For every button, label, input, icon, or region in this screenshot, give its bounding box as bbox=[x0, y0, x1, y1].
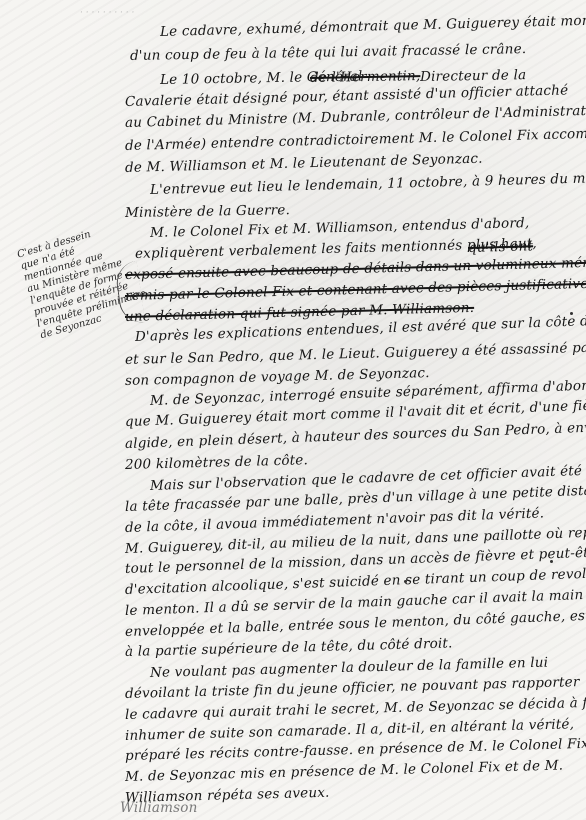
manuscript-line: de M. Williamson et M. le Lieutenant de … bbox=[125, 151, 483, 176]
manuscript-line: d'un coup de feu à la tête qui lui avait… bbox=[130, 41, 527, 64]
ink-speck bbox=[550, 560, 553, 563]
manuscript-line: 200 kilomètres de la côte. bbox=[125, 452, 308, 473]
bleed-through-text: · · · · · · · · · · bbox=[80, 8, 460, 16]
struck-through-line: qu'ils ont bbox=[468, 238, 534, 256]
ink-speck bbox=[404, 580, 407, 583]
manuscript-line: Directeur de la bbox=[420, 67, 527, 85]
manuscript-line: Ministère de la Guerre. bbox=[125, 202, 290, 221]
struck-through-line: de l'Hermentin, bbox=[310, 68, 421, 86]
faint-bottom-word: Williamson bbox=[120, 800, 198, 816]
manuscript-page: · · · · · · · · · · Le cadavre, exhumé, … bbox=[0, 0, 586, 820]
manuscript-line: et sur le San Pedro, que M. le Lieut. Gu… bbox=[125, 340, 586, 368]
manuscript-line: Le cadavre, exhumé, démontrait que M. Gu… bbox=[160, 13, 586, 40]
manuscript-line: à la partie supérieure de la tête, du cô… bbox=[125, 635, 453, 660]
ink-speck bbox=[570, 312, 573, 315]
